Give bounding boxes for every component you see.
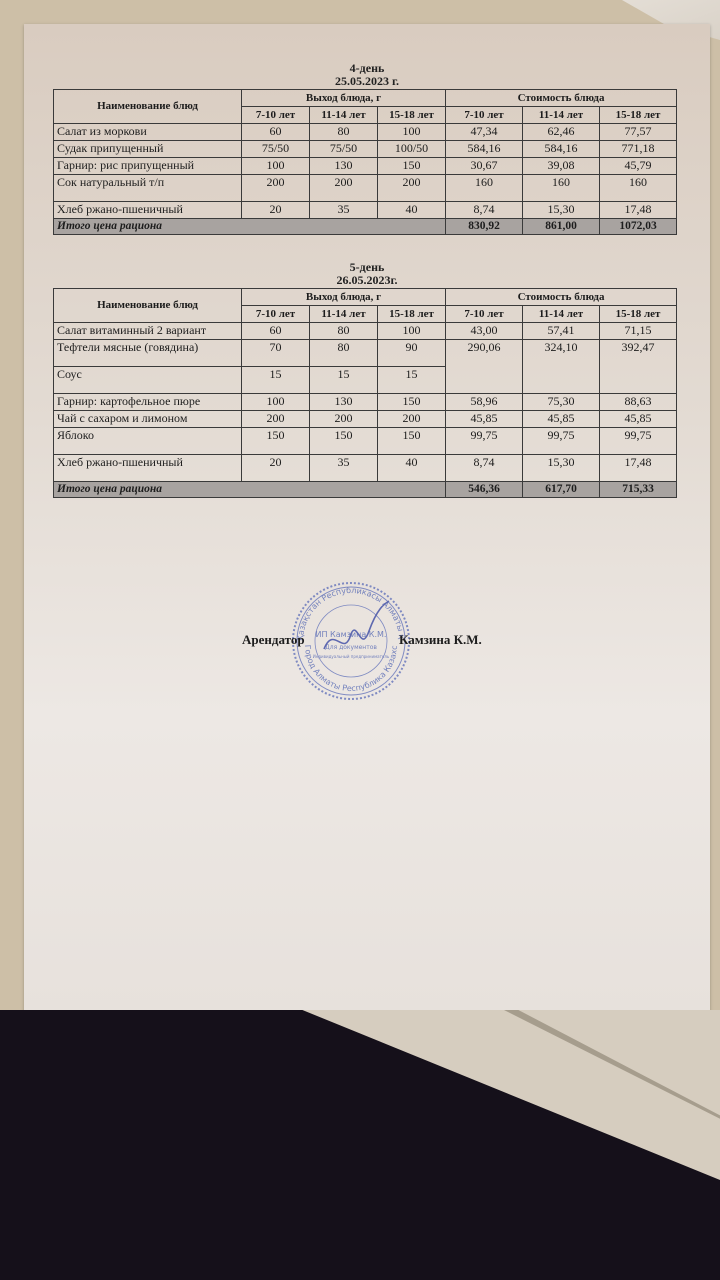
cost-cell: 8,74 — [446, 455, 523, 482]
yield-cell: 100 — [242, 394, 310, 411]
cost-cell: 160 — [446, 175, 523, 202]
cost-cell: 71,15 — [600, 323, 677, 340]
yield-cell: 150 — [378, 158, 446, 175]
cost-cell: 584,16 — [523, 141, 600, 158]
total-row: Итого цена рациона 546,36 617,70 715,33 — [54, 482, 677, 498]
header-dish-name: Наименование блюд — [54, 289, 242, 323]
table-row: Хлеб ржано-пшеничный 20 35 40 8,74 15,30… — [54, 202, 677, 219]
day4-date: 25.05.2023 г. — [24, 75, 710, 88]
table-row: Гарнир: рис припущенный 100 130 150 30,6… — [54, 158, 677, 175]
header-age: 7-10 лет — [446, 107, 523, 124]
cost-cell: 290,06 — [446, 340, 523, 394]
total-cost: 1072,03 — [600, 219, 677, 235]
yield-cell: 80 — [310, 124, 378, 141]
dish-name: Тефтели мясные (говядина) — [54, 340, 242, 367]
cost-cell: 75,30 — [523, 394, 600, 411]
cost-cell: 160 — [600, 175, 677, 202]
table-row: Хлеб ржано-пшеничный 20 35 40 8,74 15,30… — [54, 455, 677, 482]
dish-name: Хлеб ржано-пшеничный — [54, 455, 242, 482]
yield-cell: 60 — [242, 323, 310, 340]
yield-cell: 70 — [242, 340, 310, 367]
cost-cell: 17,48 — [600, 202, 677, 219]
header-yield: Выход блюда, г — [242, 289, 446, 306]
cost-cell: 584,16 — [446, 141, 523, 158]
document-page: 4-день 25.05.2023 г. Наименование блюд В… — [24, 24, 710, 1012]
header-age: 15-18 лет — [378, 306, 446, 323]
table-row: Тефтели мясные (говядина) 70 80 90 290,0… — [54, 340, 677, 367]
yield-cell: 100 — [378, 323, 446, 340]
header-age: 15-18 лет — [378, 107, 446, 124]
yield-cell: 100/50 — [378, 141, 446, 158]
cost-cell: 62,46 — [523, 124, 600, 141]
yield-cell: 200 — [378, 411, 446, 428]
total-cost: 715,33 — [600, 482, 677, 498]
yield-cell: 40 — [378, 455, 446, 482]
signature-role: Арендатор — [242, 632, 305, 648]
yield-cell: 100 — [378, 124, 446, 141]
stamp-inner-middle: Для документов — [325, 644, 377, 651]
table-row: Судак припущенный 75/50 75/50 100/50 584… — [54, 141, 677, 158]
header-cost: Стоимость блюда — [446, 90, 677, 107]
header-age: 11-14 лет — [523, 306, 600, 323]
header-cost: Стоимость блюда — [446, 289, 677, 306]
yield-cell: 35 — [310, 455, 378, 482]
yield-cell: 150 — [242, 428, 310, 455]
header-age: 7-10 лет — [446, 306, 523, 323]
cost-cell: 58,96 — [446, 394, 523, 411]
dish-name: Хлеб ржано-пшеничный — [54, 202, 242, 219]
dish-name: Салат из моркови — [54, 124, 242, 141]
cost-cell: 45,79 — [600, 158, 677, 175]
table-row: Салат витаминный 2 вариант 60 80 100 43,… — [54, 323, 677, 340]
dish-name: Гарнир: рис припущенный — [54, 158, 242, 175]
cost-cell: 47,34 — [446, 124, 523, 141]
table-row: Сок натуральный т/п 200 200 200 160 160 … — [54, 175, 677, 202]
dish-name: Салат витаминный 2 вариант — [54, 323, 242, 340]
total-row: Итого цена рациона 830,92 861,00 1072,03 — [54, 219, 677, 235]
cost-cell: 88,63 — [600, 394, 677, 411]
table-row: Чай с сахаром и лимоном 200 200 200 45,8… — [54, 411, 677, 428]
cost-cell: 39,08 — [523, 158, 600, 175]
header-dish-name: Наименование блюд — [54, 90, 242, 124]
signature-name: Камзина К.М. — [399, 632, 482, 648]
total-cost: 861,00 — [523, 219, 600, 235]
yield-cell: 130 — [310, 158, 378, 175]
yield-cell: 200 — [310, 175, 378, 202]
header-age: 15-18 лет — [600, 107, 677, 124]
yield-cell: 80 — [310, 323, 378, 340]
stamp-inner-small: Индивидуальный предприниматель — [313, 654, 390, 659]
day5-menu-table: Наименование блюд Выход блюда, г Стоимос… — [53, 288, 677, 498]
yield-cell: 130 — [310, 394, 378, 411]
table-row: Яблоко 150 150 150 99,75 99,75 99,75 — [54, 428, 677, 455]
total-label: Итого цена рациона — [54, 219, 446, 235]
header-age: 7-10 лет — [242, 306, 310, 323]
cost-cell: 99,75 — [600, 428, 677, 455]
yield-cell: 15 — [242, 367, 310, 394]
header-age: 15-18 лет — [600, 306, 677, 323]
table-row: Салат из моркови 60 80 100 47,34 62,46 7… — [54, 124, 677, 141]
yield-cell: 100 — [242, 158, 310, 175]
header-yield: Выход блюда, г — [242, 90, 446, 107]
cost-cell: 15,30 — [523, 455, 600, 482]
yield-cell: 60 — [242, 124, 310, 141]
header-age: 11-14 лет — [310, 107, 378, 124]
dish-name: Яблоко — [54, 428, 242, 455]
yield-cell: 150 — [378, 428, 446, 455]
yield-cell: 90 — [378, 340, 446, 367]
cost-cell: 30,67 — [446, 158, 523, 175]
cost-cell: 57,41 — [523, 323, 600, 340]
dish-name: Соус — [54, 367, 242, 394]
header-age: 11-14 лет — [310, 306, 378, 323]
yield-cell: 150 — [378, 394, 446, 411]
cost-cell: 392,47 — [600, 340, 677, 394]
yield-cell: 200 — [242, 411, 310, 428]
cost-cell: 15,30 — [523, 202, 600, 219]
yield-cell: 150 — [310, 428, 378, 455]
total-cost: 546,36 — [446, 482, 523, 498]
cost-cell: 99,75 — [446, 428, 523, 455]
total-cost: 617,70 — [523, 482, 600, 498]
yield-cell: 40 — [378, 202, 446, 219]
cost-cell: 324,10 — [523, 340, 600, 394]
yield-cell: 75/50 — [242, 141, 310, 158]
yield-cell: 15 — [310, 367, 378, 394]
official-stamp-icon: Қазақстан Республикасы Алматы қаласы Гор… — [289, 579, 414, 704]
day5-date: 26.05.2023г. — [24, 274, 710, 287]
yield-cell: 15 — [378, 367, 446, 394]
total-label: Итого цена рациона — [54, 482, 446, 498]
cost-cell: 8,74 — [446, 202, 523, 219]
cost-cell: 45,85 — [600, 411, 677, 428]
header-age: 7-10 лет — [242, 107, 310, 124]
header-age: 11-14 лет — [523, 107, 600, 124]
yield-cell: 200 — [378, 175, 446, 202]
cost-cell: 45,85 — [446, 411, 523, 428]
cost-cell: 77,57 — [600, 124, 677, 141]
yield-cell: 200 — [310, 411, 378, 428]
yield-cell: 80 — [310, 340, 378, 367]
cost-cell: 43,00 — [446, 323, 523, 340]
dish-name: Сок натуральный т/п — [54, 175, 242, 202]
dish-name: Чай с сахаром и лимоном — [54, 411, 242, 428]
cost-cell: 99,75 — [523, 428, 600, 455]
table-row: Гарнир: картофельное пюре 100 130 150 58… — [54, 394, 677, 411]
cost-cell: 45,85 — [523, 411, 600, 428]
yield-cell: 200 — [242, 175, 310, 202]
yield-cell: 20 — [242, 202, 310, 219]
dish-name: Гарнир: картофельное пюре — [54, 394, 242, 411]
signature-scribble-icon — [324, 601, 389, 649]
yield-cell: 35 — [310, 202, 378, 219]
cost-cell: 771,18 — [600, 141, 677, 158]
cost-cell: 160 — [523, 175, 600, 202]
day4-menu-table: Наименование блюд Выход блюда, г Стоимос… — [53, 89, 677, 235]
cost-cell: 17,48 — [600, 455, 677, 482]
yield-cell: 20 — [242, 455, 310, 482]
total-cost: 830,92 — [446, 219, 523, 235]
dish-name: Судак припущенный — [54, 141, 242, 158]
yield-cell: 75/50 — [310, 141, 378, 158]
